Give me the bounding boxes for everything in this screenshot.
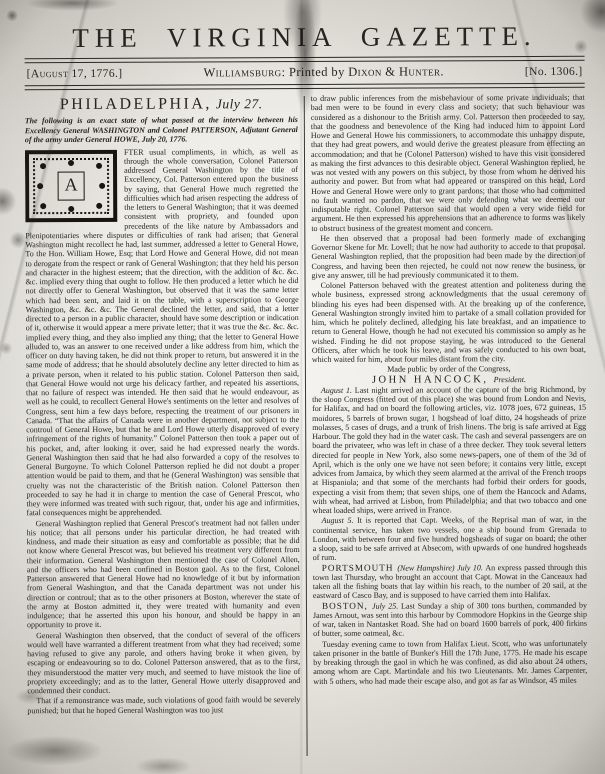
- dateline-date: July 27.: [216, 96, 263, 111]
- article-paragraph: PORTSMOUTH (New Hampshire) July 10. An e…: [313, 562, 587, 600]
- page-content: THE VIRGINIA GAZETTE. [August 17, 1776.]…: [24, 11, 587, 763]
- imprint-row: [August 17, 1776.] Williamsburg: Printed…: [25, 61, 585, 85]
- dateline-city: PHILADELPHIA,: [60, 95, 212, 113]
- article-paragraph: August 1. Last night arrived an account …: [312, 385, 587, 516]
- article-intro: The following is an exact state of what …: [25, 115, 298, 145]
- article-paragraph: to draw public inferences from the misbe…: [311, 93, 586, 233]
- issue-number: [No. 1306.]: [525, 66, 583, 78]
- paragraph-dateline-italic: President.: [494, 375, 526, 384]
- woodcut-ornament-dot: [96, 162, 102, 168]
- right-column: to draw public inferences from the misbe…: [311, 93, 588, 762]
- article-paragraph: General Washington replied that General …: [27, 518, 300, 630]
- paragraph-dateline-italic: July 25.: [372, 601, 401, 610]
- article-paragraph: August 5. It is reported that Capt. Week…: [313, 515, 587, 562]
- article-paragraph: Colonel Patterson behaved with the great…: [312, 280, 586, 364]
- article-paragraph: Tuesday evening came to town from Halifa…: [313, 638, 587, 685]
- imprint: Williamsburg: Printed by Dixon & Hunter.: [203, 64, 444, 80]
- paragraph-dateline-italic: August 1.: [321, 386, 355, 395]
- woodcut-ornament-dot: [96, 202, 102, 208]
- woodcut-ornament-dot: [40, 163, 46, 169]
- article-body-left: A FTER usual compliments, in which, as w…: [25, 147, 300, 715]
- article-columns: PHILADELPHIA, July 27. The following is …: [25, 93, 588, 763]
- article-paragraph: He then observed that a proposal had bee…: [311, 233, 585, 280]
- paragraph-dateline: JOHN HANCOCK,: [372, 374, 494, 386]
- woodcut-ornament-dot: [99, 182, 105, 188]
- imprint-place: Williamsburg:: [203, 65, 285, 79]
- article-paragraph: That if a remonstrance was made, such vi…: [27, 695, 300, 715]
- woodcut-initial-block: A: [25, 149, 117, 221]
- paragraph-dateline-italic: August 5.: [322, 516, 358, 525]
- newspaper-page: THE VIRGINIA GAZETTE. [August 17, 1776.]…: [0, 0, 605, 774]
- paragraph-dateline: PORTSMOUTH: [322, 562, 398, 572]
- masthead-rule-bottom: [25, 83, 585, 90]
- paragraph-dateline: BOSTON,: [322, 600, 372, 610]
- woodcut-ornament-dot: [68, 160, 74, 166]
- article-paragraph: BOSTON, July 25. Last Sunday a ship of 3…: [313, 600, 587, 638]
- signature-line: JOHN HANCOCK, President.: [312, 374, 586, 384]
- woodcut-ornament-dot: [37, 183, 43, 189]
- imprint-printer: Dixon & Hunter.: [348, 64, 444, 78]
- woodcut-ornament-dot: [68, 206, 74, 212]
- left-column: PHILADELPHIA, July 27. The following is …: [25, 94, 301, 763]
- imprint-printed-by: Printed by: [289, 65, 345, 79]
- article-paragraph: General Washington then observed, that t…: [27, 630, 300, 696]
- column-divider: [304, 96, 308, 756]
- dateline-philadelphia: PHILADELPHIA, July 27.: [25, 95, 298, 114]
- masthead: THE VIRGINIA GAZETTE. [August 17, 1776.]…: [24, 21, 584, 90]
- dropcap-letter: A: [58, 171, 85, 200]
- paragraph-dateline-italic: (New Hampshire) July 10.: [397, 563, 485, 572]
- newspaper-title: THE VIRGINIA GAZETTE.: [24, 21, 584, 54]
- issue-date: [August 17, 1776.]: [27, 68, 123, 80]
- woodcut-ornament-dot: [40, 203, 46, 209]
